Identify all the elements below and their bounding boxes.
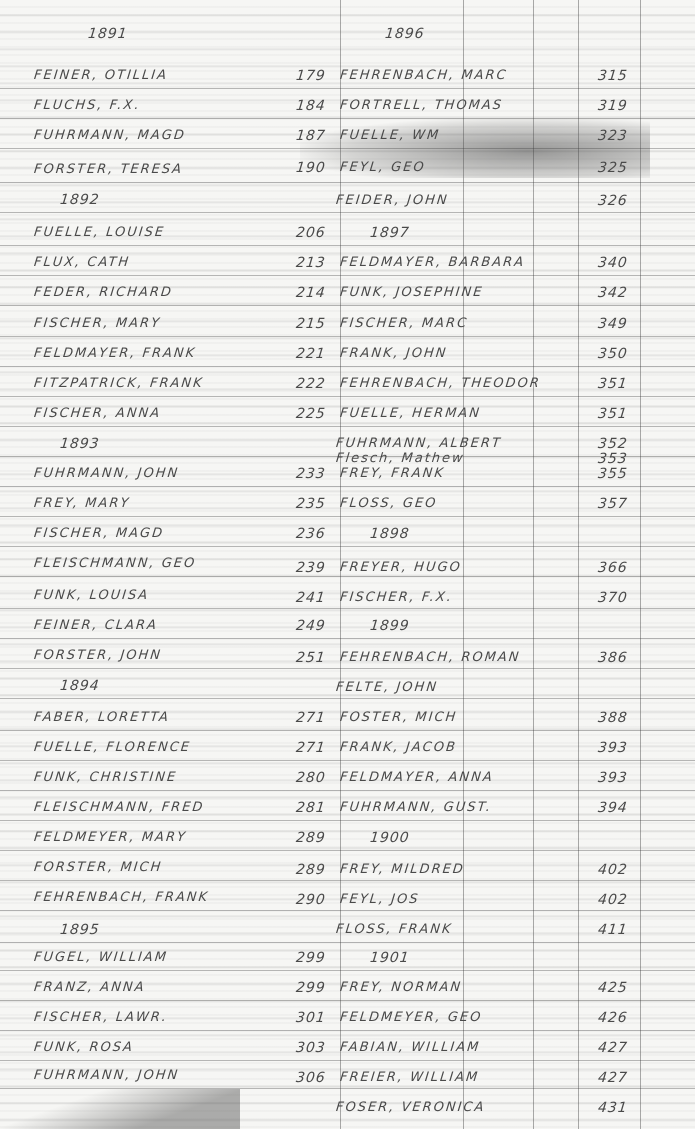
page-number: 351 [597, 376, 628, 392]
year-marker: 1900 [369, 830, 410, 846]
left-name-entry: FISCHER, MAGD [33, 526, 165, 541]
ledger-rule [0, 760, 695, 761]
right-name-entry: FELDMAYER, BARBARA [339, 255, 526, 270]
left-name-entry: FABER, LORETTA [33, 710, 171, 725]
right-name-entry: Flesch, Mathew [335, 451, 465, 466]
right-name-entry: FEHRENBACH, THEODOR [339, 376, 541, 391]
year-marker: 1898 [369, 526, 410, 542]
right-name-entry: FISCHER, F.X. [339, 590, 453, 605]
ledger-rule [0, 546, 695, 547]
entry-number: 280 [295, 770, 326, 786]
ledger-rule [0, 1030, 695, 1031]
ledger-rule [0, 942, 695, 943]
ledger-rule [0, 850, 695, 851]
entry-number: 221 [295, 346, 326, 362]
right-name-entry: FREYER, HUGO [339, 560, 462, 575]
right-name-entry: FOSTER, MICH [339, 710, 458, 725]
left-year-header: 1891 [87, 26, 128, 42]
ledger-rule [0, 608, 695, 609]
right-name-entry: FREIER, WILLIAM [339, 1070, 480, 1085]
page-number: 370 [597, 590, 628, 606]
ledger-rule [0, 638, 695, 639]
left-name-entry: FUHRMANN, JOHN [33, 1068, 180, 1083]
entry-number: 222 [295, 376, 326, 392]
ledger-rule [0, 730, 695, 731]
left-name-entry: FREY, MARY [33, 496, 131, 511]
entry-number: 289 [295, 862, 326, 878]
year-marker: 1893 [59, 436, 100, 452]
right-name-entry: FELDMEYER, GEO [339, 1010, 483, 1025]
right-name-entry: FUHRMANN, GUST. [339, 800, 493, 815]
page-number: 411 [597, 922, 628, 938]
column-divider [640, 0, 641, 1129]
right-name-entry: FEHRENBACH, MARC [339, 68, 508, 83]
page-number: 366 [597, 560, 628, 576]
entry-number: 241 [295, 590, 326, 606]
year-marker: 1895 [59, 922, 100, 938]
year-marker: 1897 [369, 225, 410, 241]
page-number: 350 [597, 346, 628, 362]
entry-number: 290 [295, 892, 326, 908]
page-number: 342 [597, 285, 628, 301]
left-name-entry: FISCHER, LAWR. [33, 1010, 168, 1025]
right-name-entry: FEYL, GEO [339, 160, 426, 175]
page-number: 349 [597, 316, 628, 332]
right-name-entry: FEHRENBACH, ROMAN [339, 650, 521, 665]
left-name-entry: FUHRMANN, JOHN [33, 466, 180, 481]
right-name-entry: FUELLE, HERMAN [339, 406, 482, 421]
year-marker: 1892 [59, 192, 100, 208]
page-number: 393 [597, 740, 628, 756]
left-name-entry: FEINER, OTILLIA [33, 68, 169, 83]
column-divider [578, 0, 579, 1129]
right-name-entry: FUNK, JOSEPHINE [339, 285, 484, 300]
left-name-entry: FELDMEYER, MARY [33, 830, 187, 845]
entry-number: 179 [295, 68, 326, 84]
ledger-rule [0, 456, 695, 457]
ledger-rule [0, 668, 695, 669]
left-name-entry: FRANZ, ANNA [33, 980, 146, 995]
page-number: 355 [597, 466, 628, 482]
scan-shadow [0, 1089, 240, 1129]
right-name-entry: FUHRMANN, ALBERT [335, 436, 502, 451]
page-number: 427 [597, 1040, 628, 1056]
ledger-rule [0, 486, 695, 487]
right-name-entry: FEIDER, JOHN [335, 193, 449, 208]
left-name-entry: FLEISCHMANN, GEO [33, 556, 197, 571]
entry-number: 271 [295, 740, 326, 756]
ledger-rule [0, 396, 695, 397]
ledger-rule [0, 212, 695, 213]
ledger-rule [0, 245, 695, 246]
ledger-rule [0, 1088, 695, 1089]
year-marker: 1901 [369, 950, 410, 966]
left-name-entry: FORSTER, MICH [33, 860, 163, 875]
entry-number: 299 [295, 980, 326, 996]
ledger-rule [0, 275, 695, 276]
left-name-entry: FUELLE, FLORENCE [33, 740, 192, 755]
ledger-rule [0, 366, 695, 367]
column-divider [463, 0, 464, 1129]
entry-number: 206 [295, 225, 326, 241]
right-name-entry: FEYL, JOS [339, 892, 420, 907]
right-name-entry: FORTRELL, THOMAS [339, 98, 504, 113]
left-name-entry: FEDER, RICHARD [33, 285, 173, 300]
entry-number: 225 [295, 406, 326, 422]
left-name-entry: FUNK, ROSA [33, 1040, 134, 1055]
entry-number: 303 [295, 1040, 326, 1056]
ledger-rule [0, 516, 695, 517]
left-name-entry: FISCHER, ANNA [33, 406, 162, 421]
page-number: 326 [597, 193, 628, 209]
left-name-entry: FORSTER, JOHN [33, 648, 163, 663]
ledger-rule [0, 970, 695, 971]
left-name-entry: FELDMAYER, FRANK [33, 346, 197, 361]
right-name-entry: FELDMAYER, ANNA [339, 770, 494, 785]
entry-number: 271 [295, 710, 326, 726]
left-name-entry: FLUCHS, F.X. [33, 98, 141, 113]
ledger-rule [0, 576, 695, 577]
page-number: 315 [597, 68, 628, 84]
year-marker: 1894 [59, 678, 100, 694]
column-divider [533, 0, 534, 1129]
ledger-rule [0, 88, 695, 89]
page-number: 319 [597, 98, 628, 114]
ledger-rule [0, 820, 695, 821]
ledger-rule [0, 910, 695, 911]
ledger-page: 1891 1896 FEINER, OTILLIAFLUCHS, F.X.FUH… [0, 0, 695, 1129]
entry-number: 306 [295, 1070, 326, 1086]
year-marker: 1899 [369, 618, 410, 634]
right-name-entry: FREY, FRANK [339, 466, 445, 481]
page-number: 425 [597, 980, 628, 996]
ledger-rule [0, 182, 695, 183]
right-name-entry: FREY, MILDRED [339, 862, 465, 877]
right-name-entry: FELTE, JOHN [335, 680, 439, 695]
right-name-entry: FISCHER, MARC [339, 316, 469, 331]
right-name-entry: FUELLE, WM [339, 128, 441, 143]
entry-number: 235 [295, 496, 326, 512]
page-number: 352 [597, 436, 628, 452]
page-number: 426 [597, 1010, 628, 1026]
ledger-rule [0, 790, 695, 791]
right-name-entry: FOSER, VERONICA [335, 1100, 486, 1115]
entry-number: 251 [295, 650, 326, 666]
page-number: 323 [597, 128, 628, 144]
page-number: 393 [597, 770, 628, 786]
ledger-rule [0, 148, 695, 149]
page-number: 340 [597, 255, 628, 271]
entry-number: 236 [295, 526, 326, 542]
entry-number: 301 [295, 1010, 326, 1026]
page-number: 388 [597, 710, 628, 726]
page-number: 325 [597, 160, 628, 176]
page-number: 427 [597, 1070, 628, 1086]
right-name-entry: FABIAN, WILLIAM [339, 1040, 481, 1055]
ledger-rule [0, 336, 695, 337]
ledger-rule [0, 1060, 695, 1061]
left-name-entry: FUELLE, LOUISE [33, 225, 166, 240]
left-name-entry: FEHRENBACH, FRANK [33, 890, 210, 905]
entry-number: 184 [295, 98, 326, 114]
right-name-entry: FLOSS, GEO [339, 496, 438, 511]
right-name-entry: FREY, NORMAN [339, 980, 463, 995]
entry-number: 215 [295, 316, 326, 332]
entry-number: 289 [295, 830, 326, 846]
ledger-rule [0, 1000, 695, 1001]
entry-number: 190 [295, 160, 326, 176]
page-number: 431 [597, 1100, 628, 1116]
ledger-rule [0, 118, 695, 119]
left-name-entry: FUNK, LOUISA [33, 588, 150, 603]
ledger-rule [0, 880, 695, 881]
left-name-entry: FUGEL, WILLIAM [33, 950, 168, 965]
page-number: 402 [597, 892, 628, 908]
ledger-rule [0, 698, 695, 699]
left-name-entry: FEINER, CLARA [33, 618, 158, 633]
entry-number: 187 [295, 128, 326, 144]
right-name-entry: FRANK, JOHN [339, 346, 448, 361]
page-number: 402 [597, 862, 628, 878]
page-number: 351 [597, 406, 628, 422]
left-name-entry: FLEISCHMANN, FRED [33, 800, 205, 815]
left-name-entry: FISCHER, MARY [33, 316, 162, 331]
page-number: 394 [597, 800, 628, 816]
ledger-rule [0, 305, 695, 306]
left-name-entry: FITZPATRICK, FRANK [33, 376, 204, 391]
left-name-entry: FORSTER, TERESA [33, 162, 184, 177]
entry-number: 281 [295, 800, 326, 816]
page-number: 353 [597, 451, 628, 467]
left-name-entry: FLUX, CATH [33, 255, 131, 270]
right-name-entry: FRANK, JACOB [339, 740, 457, 755]
entry-number: 213 [295, 255, 326, 271]
left-name-entry: FUHRMANN, MAGD [33, 128, 186, 143]
page-number: 386 [597, 650, 628, 666]
ledger-rule [0, 426, 695, 427]
entry-number: 214 [295, 285, 326, 301]
middle-year-header: 1896 [384, 26, 425, 42]
entry-number: 299 [295, 950, 326, 966]
entry-number: 233 [295, 466, 326, 482]
entry-number: 249 [295, 618, 326, 634]
left-name-entry: FUNK, CHRISTINE [33, 770, 178, 785]
page-number: 357 [597, 496, 628, 512]
entry-number: 239 [295, 560, 326, 576]
right-name-entry: FLOSS, FRANK [335, 922, 453, 937]
